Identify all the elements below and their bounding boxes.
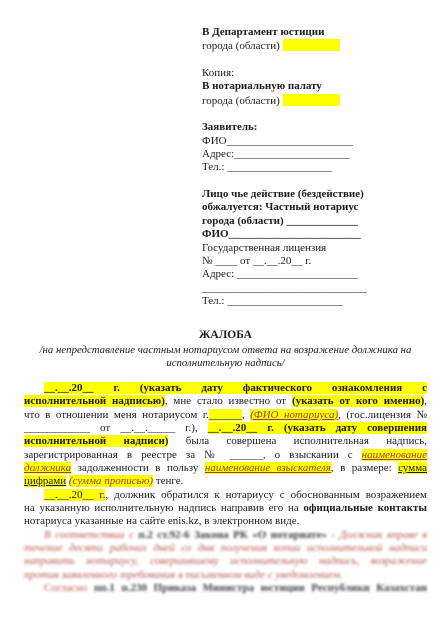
text-run: зарегистрированная в реестре за № ______… — [24, 449, 362, 461]
text-run: Должник вправе в — [339, 529, 427, 541]
text-run: была совершена исполнительная надпись, — [168, 435, 427, 447]
header-line: ФИО________________________ — [202, 228, 434, 241]
body-line: __.__.20__ г., должник обратился к нотар… — [24, 489, 427, 502]
header-line: обжалуется: Частный нотариус — [202, 201, 434, 214]
text-run: течение десяти рабочих дней со дня получ… — [24, 542, 427, 554]
body-line: против заявленного требования в письменн… — [24, 569, 427, 582]
header-line: ______________________________ — [202, 282, 434, 295]
body-line: исполнительной надписи) была совершена и… — [24, 435, 427, 448]
header-line: В Департамент юстиции — [202, 26, 434, 39]
header-line: Копия: — [202, 67, 434, 80]
text-run: ________________________ — [229, 228, 361, 240]
text-run: ФИО — [202, 135, 227, 147]
body-line: исполнительной надписью), мне стало изве… — [24, 395, 427, 408]
text-run: , — [242, 409, 250, 421]
body-line: В соответствии с п.2 ст.92-6 Закона РК «… — [24, 529, 427, 542]
header-line: ФИО_______________________ — [202, 135, 434, 148]
text-run: против заявленного требования в письменн… — [24, 569, 343, 581]
header-line: В нотариальную палату — [202, 80, 434, 93]
text-run: задолженности в пользу — [71, 462, 205, 474]
text-run: п.2 ст.92-6 Закона РК «О нотариате» — [138, 529, 327, 541]
highlight-blank-field — [283, 39, 340, 51]
body-line: нотариуса указанные на сайте enis.kz, в … — [24, 515, 427, 528]
text-run: ______________________________ — [202, 282, 367, 294]
text-run: Тел.: — [202, 295, 227, 307]
addressee-header-block: В Департамент юстициигорода (области) Ко… — [202, 26, 434, 308]
text-run: , (гос.лицензия № — [338, 409, 427, 421]
text-run: _____________________ — [234, 148, 350, 160]
header-line: города (области) _____________ — [202, 215, 434, 228]
complaint-title: ЖАЛОБА — [24, 329, 427, 342]
body-line: на указанную исполнительную надпись напр… — [24, 502, 427, 515]
header-line: города (области) — [202, 39, 434, 53]
text-run: официальные контакты — [303, 502, 427, 514]
text-run: нотариуса указанные на сайте enis.kz, в … — [24, 515, 299, 527]
header-line — [202, 54, 434, 67]
text-run: ___________________ — [227, 161, 332, 173]
text-run: сумма — [398, 462, 427, 474]
text-run: обжалуется: Частный нотариус — [202, 201, 358, 213]
header-line: Государственная лицензия — [202, 242, 434, 255]
header-line: Тел.: ___________________ — [202, 161, 434, 174]
body-line: Согласно пп.1 п.230 Приказа Министра юст… — [24, 582, 427, 595]
text-run: В Департамент юстиции — [202, 26, 324, 38]
text-run: __.__.20__ г. (указать дату фактического… — [44, 382, 427, 394]
text-run: что в отношении меня нотариусом г. — [24, 409, 209, 421]
header-line: города (области) — [202, 94, 434, 108]
text-run: № ____ от __.__.20__ г. — [202, 255, 311, 267]
text-run: ФИО — [202, 228, 229, 240]
header-line: Лицо чье действие (бездействие) — [202, 188, 434, 201]
text-run: Заявитель: — [202, 121, 257, 133]
text-run: ____________ от __.__._____ г.), — [24, 422, 208, 434]
text-run: города (области) — [202, 40, 283, 52]
text-run: Адрес: — [202, 268, 237, 280]
text-run: Лицо чье действие (бездействие) — [202, 188, 364, 200]
text-run: _______________________ — [227, 135, 354, 147]
text-run: __.__.20__ г. (указать дату совершения — [208, 422, 427, 434]
text-run: исполнительной надписи) — [24, 435, 168, 447]
text-run: В нотариальную палату — [202, 80, 322, 92]
header-line: Заявитель: — [202, 121, 434, 134]
text-run: на указанную исполнительную надпись напр… — [24, 502, 303, 514]
text-run: исполнительной надписью) — [24, 395, 165, 407]
header-line — [202, 108, 434, 121]
text-run: пп.1 п.230 Приказа Министра юстиции Респ… — [94, 582, 427, 594]
text-run: , мне стало известно от — [165, 395, 292, 407]
text-run: наименование — [362, 449, 427, 461]
text-run: - — [327, 529, 339, 541]
text-run: Адрес: — [202, 148, 234, 160]
text-run: наименование взыскателя — [205, 462, 331, 474]
text-run: (указать от кого именно) — [292, 395, 424, 407]
complaint-subtitle: /на непредставление частным нотариусом о… — [24, 344, 427, 370]
text-run: направить нотариусу, совершившему исполн… — [24, 555, 427, 567]
text-run: (ФИО нотариуса) — [250, 409, 338, 421]
text-run: Государственная лицензия — [202, 242, 326, 254]
body-line: __.__.20__ г. (указать дату фактического… — [24, 382, 427, 395]
text-run: __.__.20__ г. — [44, 489, 105, 501]
text-run: _____________________ — [227, 295, 343, 307]
header-line: Адрес:_____________________ — [202, 148, 434, 161]
text-run: должника — [24, 462, 71, 474]
body-line: должника задолженности в пользу наименов… — [24, 462, 427, 475]
text-run: (сумма прописью) — [69, 475, 153, 487]
highlight-blank-field — [283, 94, 340, 106]
title-block: ЖАЛОБА /на непредставление частным нотар… — [24, 329, 427, 370]
body-line: что в отношении меня нотариусом г.______… — [24, 409, 427, 422]
text-run: , — [424, 395, 427, 407]
text-run: , должник обратился к нотариусу с обосно… — [105, 489, 427, 501]
text-run: города (области) — [202, 95, 283, 107]
text-run: _____________ — [286, 215, 358, 227]
body-line: цифрами (сумма прописью) тенге. — [24, 475, 427, 488]
text-run: В соответствии с — [44, 529, 138, 541]
text-run: Тел.: — [202, 161, 227, 173]
body-line: течение десяти рабочих дней со дня получ… — [24, 542, 427, 555]
text-run: ______________________ — [237, 268, 358, 280]
header-line: № ____ от __.__.20__ г. — [202, 255, 434, 268]
text-run: , в размере: — [331, 462, 398, 474]
text-run: цифрами — [24, 475, 66, 487]
body-line: зарегистрированная в реестре за № ______… — [24, 449, 427, 462]
text-run: ______ — [209, 409, 242, 421]
complaint-body: __.__.20__ г. (указать дату фактического… — [24, 382, 427, 596]
document-page: В Департамент юстициигорода (области) Ко… — [0, 0, 445, 629]
body-line: ____________ от __.__._____ г.), __.__.2… — [24, 422, 427, 435]
body-line: направить нотариусу, совершившему исполн… — [24, 555, 427, 568]
header-line: Адрес: ______________________ — [202, 268, 434, 281]
text-run: Копия: — [202, 67, 234, 79]
header-line: Тел.: _____________________ — [202, 295, 434, 308]
text-run: тенге. — [153, 475, 183, 487]
text-run: Согласно — [44, 582, 94, 594]
header-line — [202, 175, 434, 188]
text-run: города (области) — [202, 215, 286, 227]
